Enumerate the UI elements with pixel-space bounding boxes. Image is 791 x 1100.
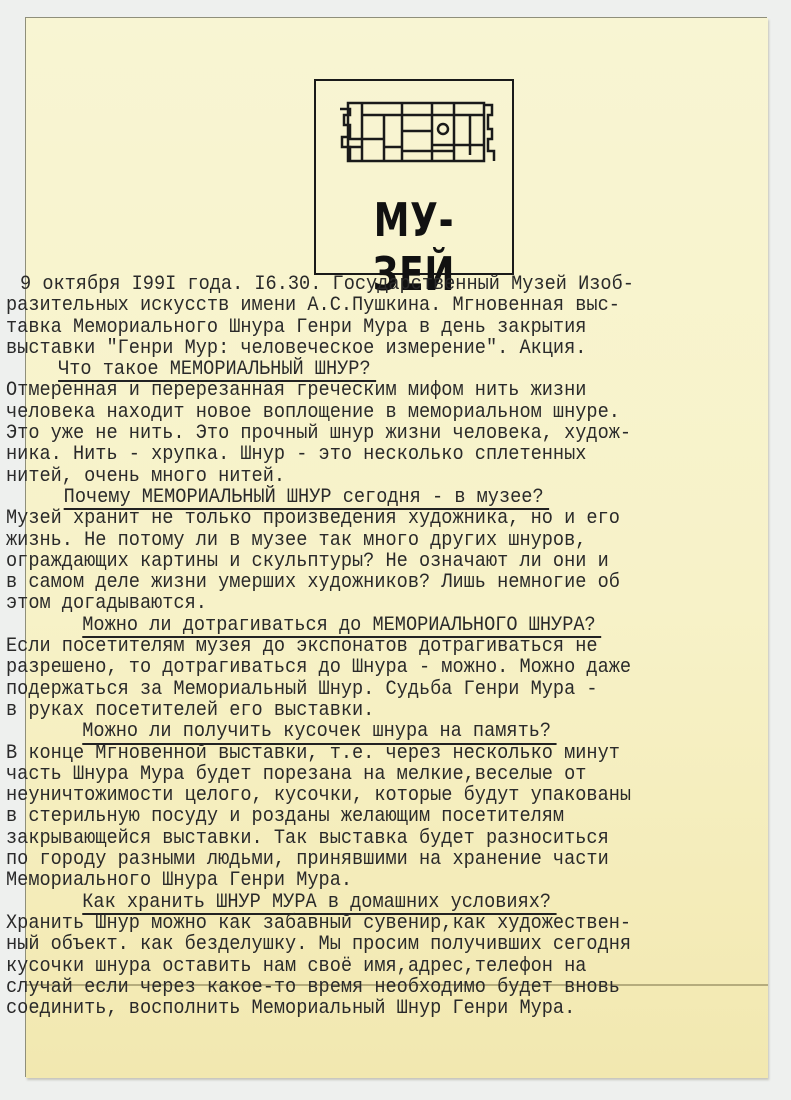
body-line: разрешено, то дотрагиваться до Шнура - м… <box>6 657 694 678</box>
body-line: в стерильную посуду и розданы желающим п… <box>6 806 694 827</box>
document-body: 9 октября I99I года. I6.30. Государствен… <box>6 274 746 1019</box>
intro-line: тавка Мемориального Шнура Генри Мура в д… <box>6 317 694 338</box>
body-line: Музей хранит не только произведения худо… <box>6 508 694 529</box>
question-heading-4: Можно ли получить кусочек шнура на памят… <box>82 721 551 742</box>
museum-floor-plan-icon <box>336 95 496 169</box>
body-line: часть Шнура Мура будет порезана на мелки… <box>6 764 694 785</box>
body-line: этом догадываются. <box>6 593 694 614</box>
body-line: кусочки шнура оставить нам своё имя,адре… <box>6 956 694 977</box>
section-heading: Почему МЕМОРИАЛЬНЫЙ ШНУР сегодня - в муз… <box>6 487 694 508</box>
body-line: ника. Нить - хрупка. Шнур - это нескольк… <box>6 444 694 465</box>
question-heading-5: Как хранить ШНУР МУРА в домашних условия… <box>82 892 551 913</box>
body-line: случай если через какое-то время необход… <box>6 977 694 998</box>
body-line: по городу разными людьми, принявшими на … <box>6 849 694 870</box>
body-line: Это уже не нить. Это прочный шнур жизни … <box>6 423 694 444</box>
section-heading: Можно ли дотрагиваться до МЕМОРИАЛЬНОГО … <box>6 615 694 636</box>
body-line: соединить, восполнить Мемориальный Шнур … <box>6 998 694 1019</box>
body-line: ограждающих картины и скульптуры? Не озн… <box>6 551 694 572</box>
body-line: неуничтожимости целого, кусочки, которые… <box>6 785 694 806</box>
section-heading: Можно ли получить кусочек шнура на памят… <box>6 721 694 742</box>
section-heading: Как хранить ШНУР МУРА в домашних условия… <box>6 892 694 913</box>
body-line: в самом деле жизни умерших художников? Л… <box>6 572 694 593</box>
body-line: Хранить Шнур можно как забавный сувенир,… <box>6 913 694 934</box>
body-line: закрывающейся выставки. Так выставка буд… <box>6 828 694 849</box>
body-line: Мемориального Шнура Генри Мура. <box>6 870 694 891</box>
body-line: В конце Мгновенной выставки, т.е. через … <box>6 743 694 764</box>
body-line: подержаться за Мемориальный Шнур. Судьба… <box>6 679 694 700</box>
body-line: Если посетителям музея до экспонатов дот… <box>6 636 694 657</box>
question-heading-1: Что такое МЕМОРИАЛЬНЫЙ ШНУР? <box>58 359 371 380</box>
body-line: нитей, очень много нитей. <box>6 466 694 487</box>
body-line: Отмеренная и перерезанная греческим мифо… <box>6 380 694 401</box>
question-heading-2: Почему МЕМОРИАЛЬНЫЙ ШНУР сегодня - в муз… <box>64 487 544 508</box>
intro-line: 9 октября I99I года. I6.30. Государствен… <box>20 274 695 295</box>
body-line: в руках посетителей его выставки. <box>6 700 694 721</box>
section-heading: Что такое МЕМОРИАЛЬНЫЙ ШНУР? <box>6 359 694 380</box>
body-line: человека находит новое воплощение в мемо… <box>6 402 694 423</box>
body-line: жизнь. Не потому ли в музее так много др… <box>6 530 694 551</box>
intro-line: разительных искусств имени А.С.Пушкина. … <box>6 295 694 316</box>
museum-logo: МУ-ЗЕЙ <box>314 79 514 275</box>
body-line: ный объект. как безделушку. Мы просим по… <box>6 934 694 955</box>
intro-line: выставки "Генри Мур: человеческое измере… <box>6 338 694 359</box>
question-heading-3: Можно ли дотрагиваться до МЕМОРИАЛЬНОГО … <box>82 615 595 636</box>
